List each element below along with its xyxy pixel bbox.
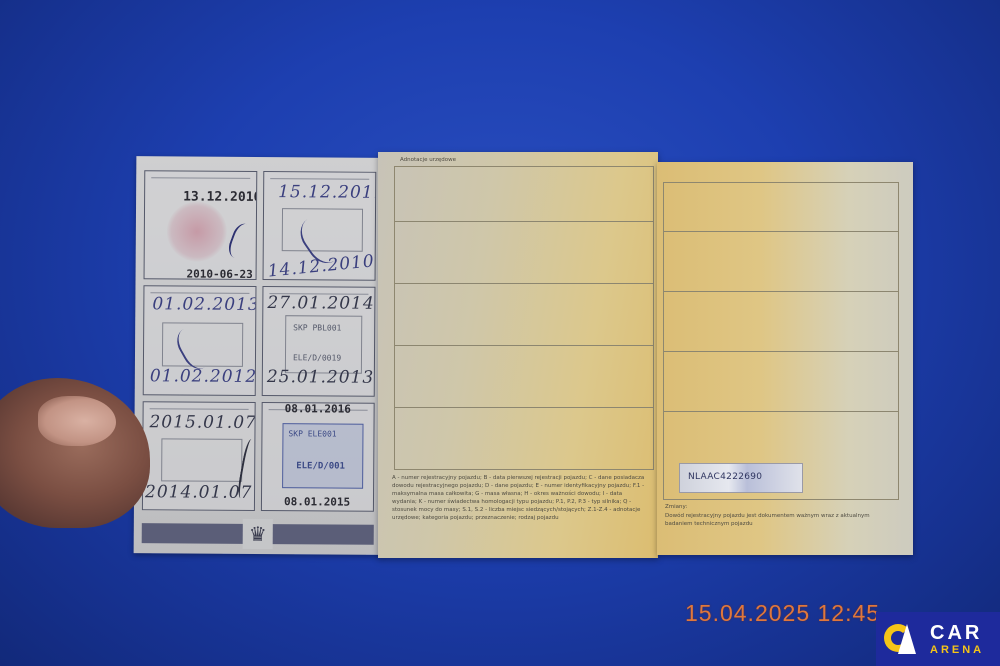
- station-id: ELE/D/001: [296, 461, 345, 471]
- notes-text: Dowód rejestracyjny pojazdu jest dokumen…: [665, 512, 895, 538]
- thumb: [0, 378, 150, 528]
- eagle-seal-icon: [167, 201, 227, 261]
- field-legend: A - numer rejestracyjny pojazdu; B - dat…: [392, 474, 648, 546]
- car-arena-logo: CAR ARENA: [876, 612, 1000, 666]
- stamp-cell-bottom-left: 2015.01.07 2014.01.07: [142, 401, 256, 511]
- ruled-line: [395, 407, 653, 408]
- notes-label: Zmiany:: [665, 503, 725, 512]
- logo-line1: CAR: [930, 623, 984, 643]
- inspection-stamps-page: 13.12.2010 2010-06-23 15.12.2011 14.12.2…: [134, 156, 385, 555]
- cell-header-line: [270, 175, 369, 180]
- logo-text: CAR ARENA: [930, 623, 984, 656]
- page-header: Adnotacje urzędowe: [400, 156, 600, 166]
- stamp-cell-top-left: 13.12.2010 2010-06-23: [144, 170, 258, 280]
- ruled-line: [395, 283, 653, 284]
- station-code: SKP PBL001: [293, 324, 341, 333]
- ruled-line: [395, 221, 653, 222]
- inspection-date: 2010-06-23: [187, 267, 253, 280]
- hologram-sticker: NLAAC4222690: [679, 463, 803, 493]
- station-id: ELE/D/0019: [293, 354, 341, 363]
- annotation-frame: [394, 166, 654, 470]
- station-code: SKP ELE001: [288, 429, 336, 438]
- inspection-date: 08.01.2015: [284, 495, 350, 508]
- inspection-date: 2014.01.07: [145, 482, 252, 503]
- inspection-date: 01.02.2012: [150, 367, 257, 388]
- annotation-frame: [663, 182, 899, 500]
- next-inspection-date: 08.01.2016: [285, 402, 351, 415]
- stamp-cell-middle-left: 01.02.2013 01.02.2012: [143, 286, 257, 396]
- stamp-grid: 13.12.2010 2010-06-23 15.12.2011 14.12.2…: [142, 170, 376, 512]
- next-inspection-date: 27.01.2014: [267, 293, 374, 314]
- ruled-line: [664, 411, 898, 412]
- thumbnail: [38, 396, 116, 446]
- ruled-line: [664, 351, 898, 352]
- cell-header-line: [151, 174, 250, 179]
- ruled-line: [664, 231, 898, 232]
- stamp-cell-middle-right: 27.01.2014 SKP PBL001 ELE/D/0019 25.01.2…: [262, 286, 376, 396]
- ruled-line: [395, 345, 653, 346]
- hologram-code: NLAAC4222690: [688, 472, 762, 482]
- logo-line2: ARENA: [930, 645, 984, 656]
- cell-header-line: [150, 405, 249, 410]
- stamp-cell-bottom-right: SKP ELE001 ELE/D/001 08.01.2016 08.01.20…: [261, 402, 375, 512]
- document-bottom-band: ♛: [142, 523, 374, 545]
- next-inspection-date: 2015.01.07: [149, 412, 255, 433]
- next-inspection-date: 01.02.2013: [152, 295, 256, 316]
- polish-eagle-icon: ♛: [243, 519, 273, 549]
- car-arena-logo-icon: [884, 622, 924, 656]
- cell-header-line: [150, 290, 249, 295]
- ruled-line: [664, 291, 898, 292]
- next-inspection-date: 15.12.2011: [278, 182, 376, 203]
- official-annotations-page: Adnotacje urzędowe A - numer rejestracyj…: [378, 152, 658, 558]
- photo-timestamp: 15.04.2025 12:45: [685, 600, 880, 627]
- registration-right-page: NLAAC4222690 Zmiany: Dowód rejestracyjny…: [657, 162, 913, 555]
- inspection-date: 25.01.2013: [267, 367, 374, 388]
- inspection-date: 14.12.2010: [267, 251, 376, 281]
- signature: [225, 221, 257, 263]
- stamp-box: [161, 438, 242, 482]
- stamp-cell-top-right: 15.12.2011 14.12.2010: [263, 171, 377, 281]
